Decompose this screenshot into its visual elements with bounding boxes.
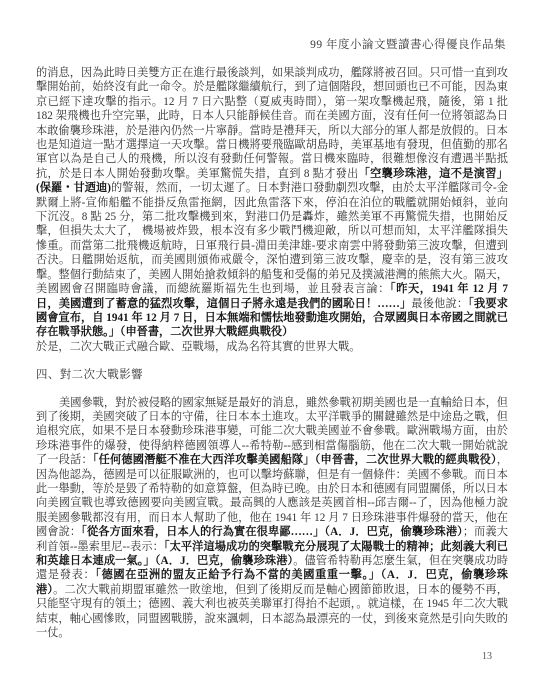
document-page: 99 年度小論文暨讀書心得優良作品集 的消息，因為此時日美雙方正在進行最後談判，… — [0, 0, 540, 700]
running-header: 99 年度小論文暨讀書心得優良作品集 — [310, 36, 506, 52]
document-body: 的消息，因為此時日美雙方正在進行最後談判，如果談判成功，艦隊將被召回。只可惜一直… — [36, 66, 508, 640]
text-run: 。二次大戰前期盟軍雖然一敗塗地，但到了後期反而是軸心國節節敗退，日本的優勢不再，… — [36, 584, 508, 639]
text-run: 的警報，然而，一切太遲了。日本對港口發動劇烈攻擊，由於太平洋艦隊司令-金默爾上將… — [36, 182, 508, 295]
paragraph: 於是，二次大戰正式融合歐、亞戰場，成為名符其實的世界大戰。 — [36, 340, 508, 354]
page-number: 13 — [482, 651, 492, 662]
section-heading: 四、對二次大戰影響 — [36, 368, 508, 382]
paragraph: 美國參戰，對於被侵略的國家無疑是最好的消息，雖然參戰初期美國也是一直輸給日本，但… — [36, 396, 508, 641]
text-run: 的消息，因為此時日美雙方正在進行最後談判，如果談判成功，艦隊將被召回。只可惜一直… — [36, 67, 508, 180]
bold-text-run: 「任何德國潛艇不准在大西洋攻擊美國船隊」（申晉書，二次世界大戰的經典戰役） — [93, 454, 497, 466]
text-run: 於是，二次大戰正式融合歐、亞戰場，成為名符其實的世界大戰。 — [36, 341, 360, 353]
text-run: 最後他說： — [411, 298, 468, 310]
bold-text-run: 「從各方面來看，日本人的行為實在很卑鄙……」（A．J．巴克，偷襲珍珠港） — [81, 526, 463, 538]
text-run: 四、對二次大戰影響 — [36, 369, 143, 381]
paragraph: 的消息，因為此時日美雙方正在進行最後談判，如果談判成功，艦隊將被召回。只可惜一直… — [36, 66, 508, 340]
